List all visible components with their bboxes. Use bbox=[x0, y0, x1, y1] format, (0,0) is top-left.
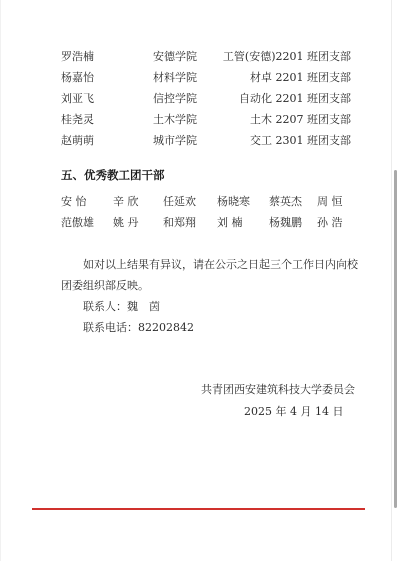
person-name: 刘亚飞 bbox=[61, 90, 94, 108]
college-name: 城市学院 bbox=[153, 132, 197, 150]
college-name: 材料学院 bbox=[153, 69, 197, 87]
cadre-name: 姚 丹 bbox=[113, 214, 139, 232]
contact-phone: 联系电话：82202842 bbox=[83, 319, 194, 337]
college-name: 土木学院 bbox=[153, 111, 197, 129]
section-heading: 五、优秀教工团干部 bbox=[61, 166, 165, 184]
cadre-row: 安 怡 辛 欣 任延欢 杨晓寒 蔡英杰 周 恒 bbox=[61, 193, 361, 211]
signature-date: 2025 年 4 月 14 日 bbox=[244, 403, 343, 421]
document-page: 罗浩楠 安德学院 工管(安德)2201 班团支部 杨嘉怡 材料学院 材卓 220… bbox=[0, 0, 393, 561]
person-name: 桂尧灵 bbox=[61, 111, 94, 129]
cadre-row: 范傲雄 姚 丹 和郑翔 刘 楠 杨魏鹏 孙 浩 bbox=[61, 214, 361, 232]
list-item: 杨嘉怡 材料学院 材卓 2201 班团支部 bbox=[61, 69, 353, 87]
list-item: 赵萌萌 城市学院 交工 2301 班团支部 bbox=[61, 132, 353, 150]
signature-organization: 共青团西安建筑科技大学委员会 bbox=[201, 381, 355, 399]
cadre-name: 辛 欣 bbox=[113, 193, 139, 211]
cadre-name: 杨魏鹏 bbox=[269, 214, 302, 232]
list-item: 罗浩楠 安德学院 工管(安德)2201 班团支部 bbox=[61, 48, 353, 66]
person-name: 赵萌萌 bbox=[61, 132, 94, 150]
person-name: 罗浩楠 bbox=[61, 48, 94, 66]
scrollbar-thumb[interactable] bbox=[394, 170, 397, 508]
cadre-name: 蔡英杰 bbox=[269, 193, 302, 211]
college-name: 信控学院 bbox=[153, 90, 197, 108]
cadre-name: 安 怡 bbox=[61, 193, 87, 211]
college-name: 安德学院 bbox=[153, 48, 197, 66]
cadre-name: 任延欢 bbox=[163, 193, 196, 211]
branch-name: 土木 2207 班团支部 bbox=[250, 111, 351, 129]
contact-person: 联系人：魏 茵 bbox=[83, 298, 160, 316]
cadre-name: 孙 浩 bbox=[317, 214, 343, 232]
cadre-name: 杨晓寒 bbox=[217, 193, 250, 211]
branch-name: 自动化 2201 班团支部 bbox=[239, 90, 351, 108]
list-item: 刘亚飞 信控学院 自动化 2201 班团支部 bbox=[61, 90, 353, 108]
cadre-name: 周 恒 bbox=[317, 193, 343, 211]
cadre-name: 刘 楠 bbox=[217, 214, 243, 232]
branch-name: 交工 2301 班团支部 bbox=[250, 132, 351, 150]
branch-name: 工管(安德)2201 班团支部 bbox=[223, 48, 351, 66]
vertical-scrollbar[interactable] bbox=[391, 0, 400, 561]
red-divider bbox=[32, 508, 365, 510]
notice-line-2: 团委组织部反映。 bbox=[61, 277, 149, 295]
list-item: 桂尧灵 土木学院 土木 2207 班团支部 bbox=[61, 111, 353, 129]
cadre-name: 范傲雄 bbox=[61, 214, 94, 232]
notice-line-1: 如对以上结果有异议，请在公示之日起三个工作日内向校 bbox=[83, 256, 358, 274]
cadre-name: 和郑翔 bbox=[163, 214, 196, 232]
branch-name: 材卓 2201 班团支部 bbox=[250, 69, 351, 87]
person-name: 杨嘉怡 bbox=[61, 69, 94, 87]
